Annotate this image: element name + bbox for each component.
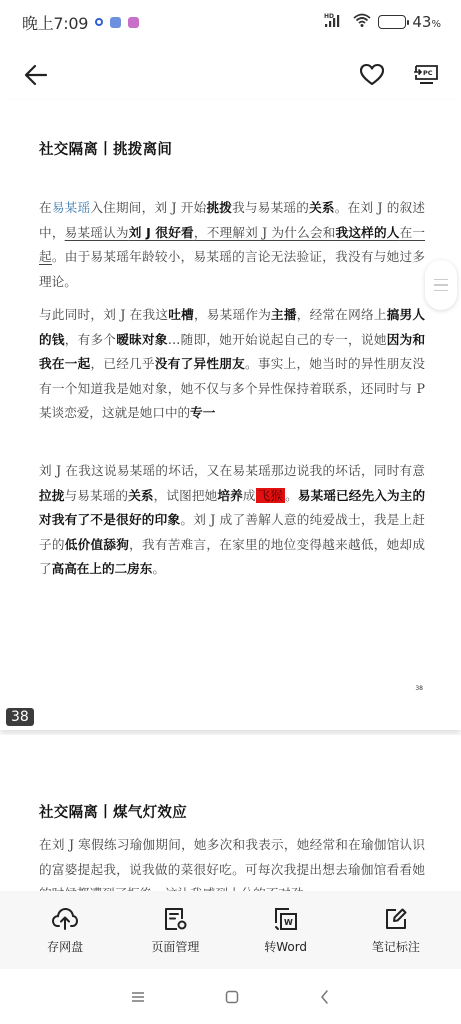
home-button[interactable]: [224, 989, 240, 1005]
handle-line-icon: [434, 284, 448, 285]
app-notification-icon-2: [128, 17, 139, 28]
top-nav: PC: [0, 50, 461, 100]
favorite-button[interactable]: [359, 63, 385, 87]
status-right: HD 43%: [324, 12, 441, 32]
word-convert-icon: W: [273, 906, 299, 932]
name-link[interactable]: 易某瑶: [52, 200, 90, 215]
svg-text:HD: HD: [324, 13, 334, 20]
convert-word-button[interactable]: W 转Word: [241, 906, 331, 955]
menu-icon: [130, 990, 146, 1004]
section-title: 社交隔离丨挑拨离间: [39, 138, 172, 159]
svg-text:W: W: [284, 918, 293, 927]
arrow-left-icon: [24, 64, 48, 86]
battery-icon: [378, 15, 406, 29]
wifi-icon: [352, 12, 372, 32]
heart-icon: [359, 63, 385, 87]
status-time: 晚上7:09: [22, 11, 88, 34]
document-page-39: 社交隔离丨煤气灯效应 在刘 J 寒假练习瑜伽期间，她多次和我表示，她经常和在瑜伽…: [0, 735, 461, 890]
to-pc-icon: PC: [413, 62, 439, 88]
note-edit-icon: [383, 906, 409, 932]
recent-apps-button[interactable]: [130, 990, 146, 1004]
notification-dot-icon: [95, 18, 103, 26]
handle-line-icon: [434, 290, 448, 291]
signal-icon: HD: [324, 12, 346, 32]
send-to-pc-button[interactable]: PC: [413, 62, 439, 88]
battery-percent: 43%: [412, 13, 441, 31]
app-notification-icon: [110, 17, 121, 28]
paragraph-3: 刘 J 在我这说易某瑶的坏话，又在易某瑶那边说我的坏话，同时有意拉拢与易某瑶的关…: [39, 459, 425, 582]
page-footer-number: 38: [415, 685, 423, 692]
bottom-toolbar: 存网盘 页面管理 W 转Word 笔记标注: [0, 891, 461, 969]
toolbar-label: 存网盘: [47, 938, 83, 955]
back-button[interactable]: [24, 64, 48, 86]
save-to-cloud-button[interactable]: 存网盘: [20, 906, 110, 955]
svg-text:PC: PC: [423, 69, 433, 77]
toolbar-label: 页面管理: [151, 938, 199, 955]
page-manage-icon: [162, 906, 188, 932]
system-back-button[interactable]: [318, 989, 332, 1005]
cloud-upload-icon: [51, 906, 79, 932]
toolbar-label: 转Word: [264, 938, 307, 955]
status-left: 晚上7:09: [22, 11, 139, 34]
status-bar: 晚上7:09 HD 43%: [0, 0, 461, 44]
handle-line-icon: [434, 279, 448, 280]
document-page-38: 社交隔离丨挑拨离间 在易某瑶入住期间，刘 J 开始挑拨我与易某瑶的关系。在刘 J…: [0, 100, 461, 730]
note-annotate-button[interactable]: 笔记标注: [351, 906, 441, 955]
paragraph-1: 在易某瑶入住期间，刘 J 开始挑拨我与易某瑶的关系。在刘 J 的叙述中，易某瑶认…: [39, 196, 425, 294]
paragraph-2: 与此同时，刘 J 在我这吐槽，易某瑶作为主播，经常在网络上搞男人的钱，有多个暧昧…: [39, 303, 425, 426]
highlighted-text[interactable]: 飞猴: [256, 488, 285, 503]
toolbar-label: 笔记标注: [372, 938, 420, 955]
section-title-2: 社交隔离丨煤气灯效应: [39, 801, 187, 822]
page-manage-button[interactable]: 页面管理: [130, 906, 220, 955]
home-icon: [224, 989, 240, 1005]
back-icon: [318, 989, 332, 1005]
top-nav-actions: PC: [359, 62, 439, 88]
side-menu-handle[interactable]: [425, 260, 457, 310]
system-navigation-bar: [0, 969, 461, 1024]
page-number-badge: 38: [6, 708, 34, 726]
